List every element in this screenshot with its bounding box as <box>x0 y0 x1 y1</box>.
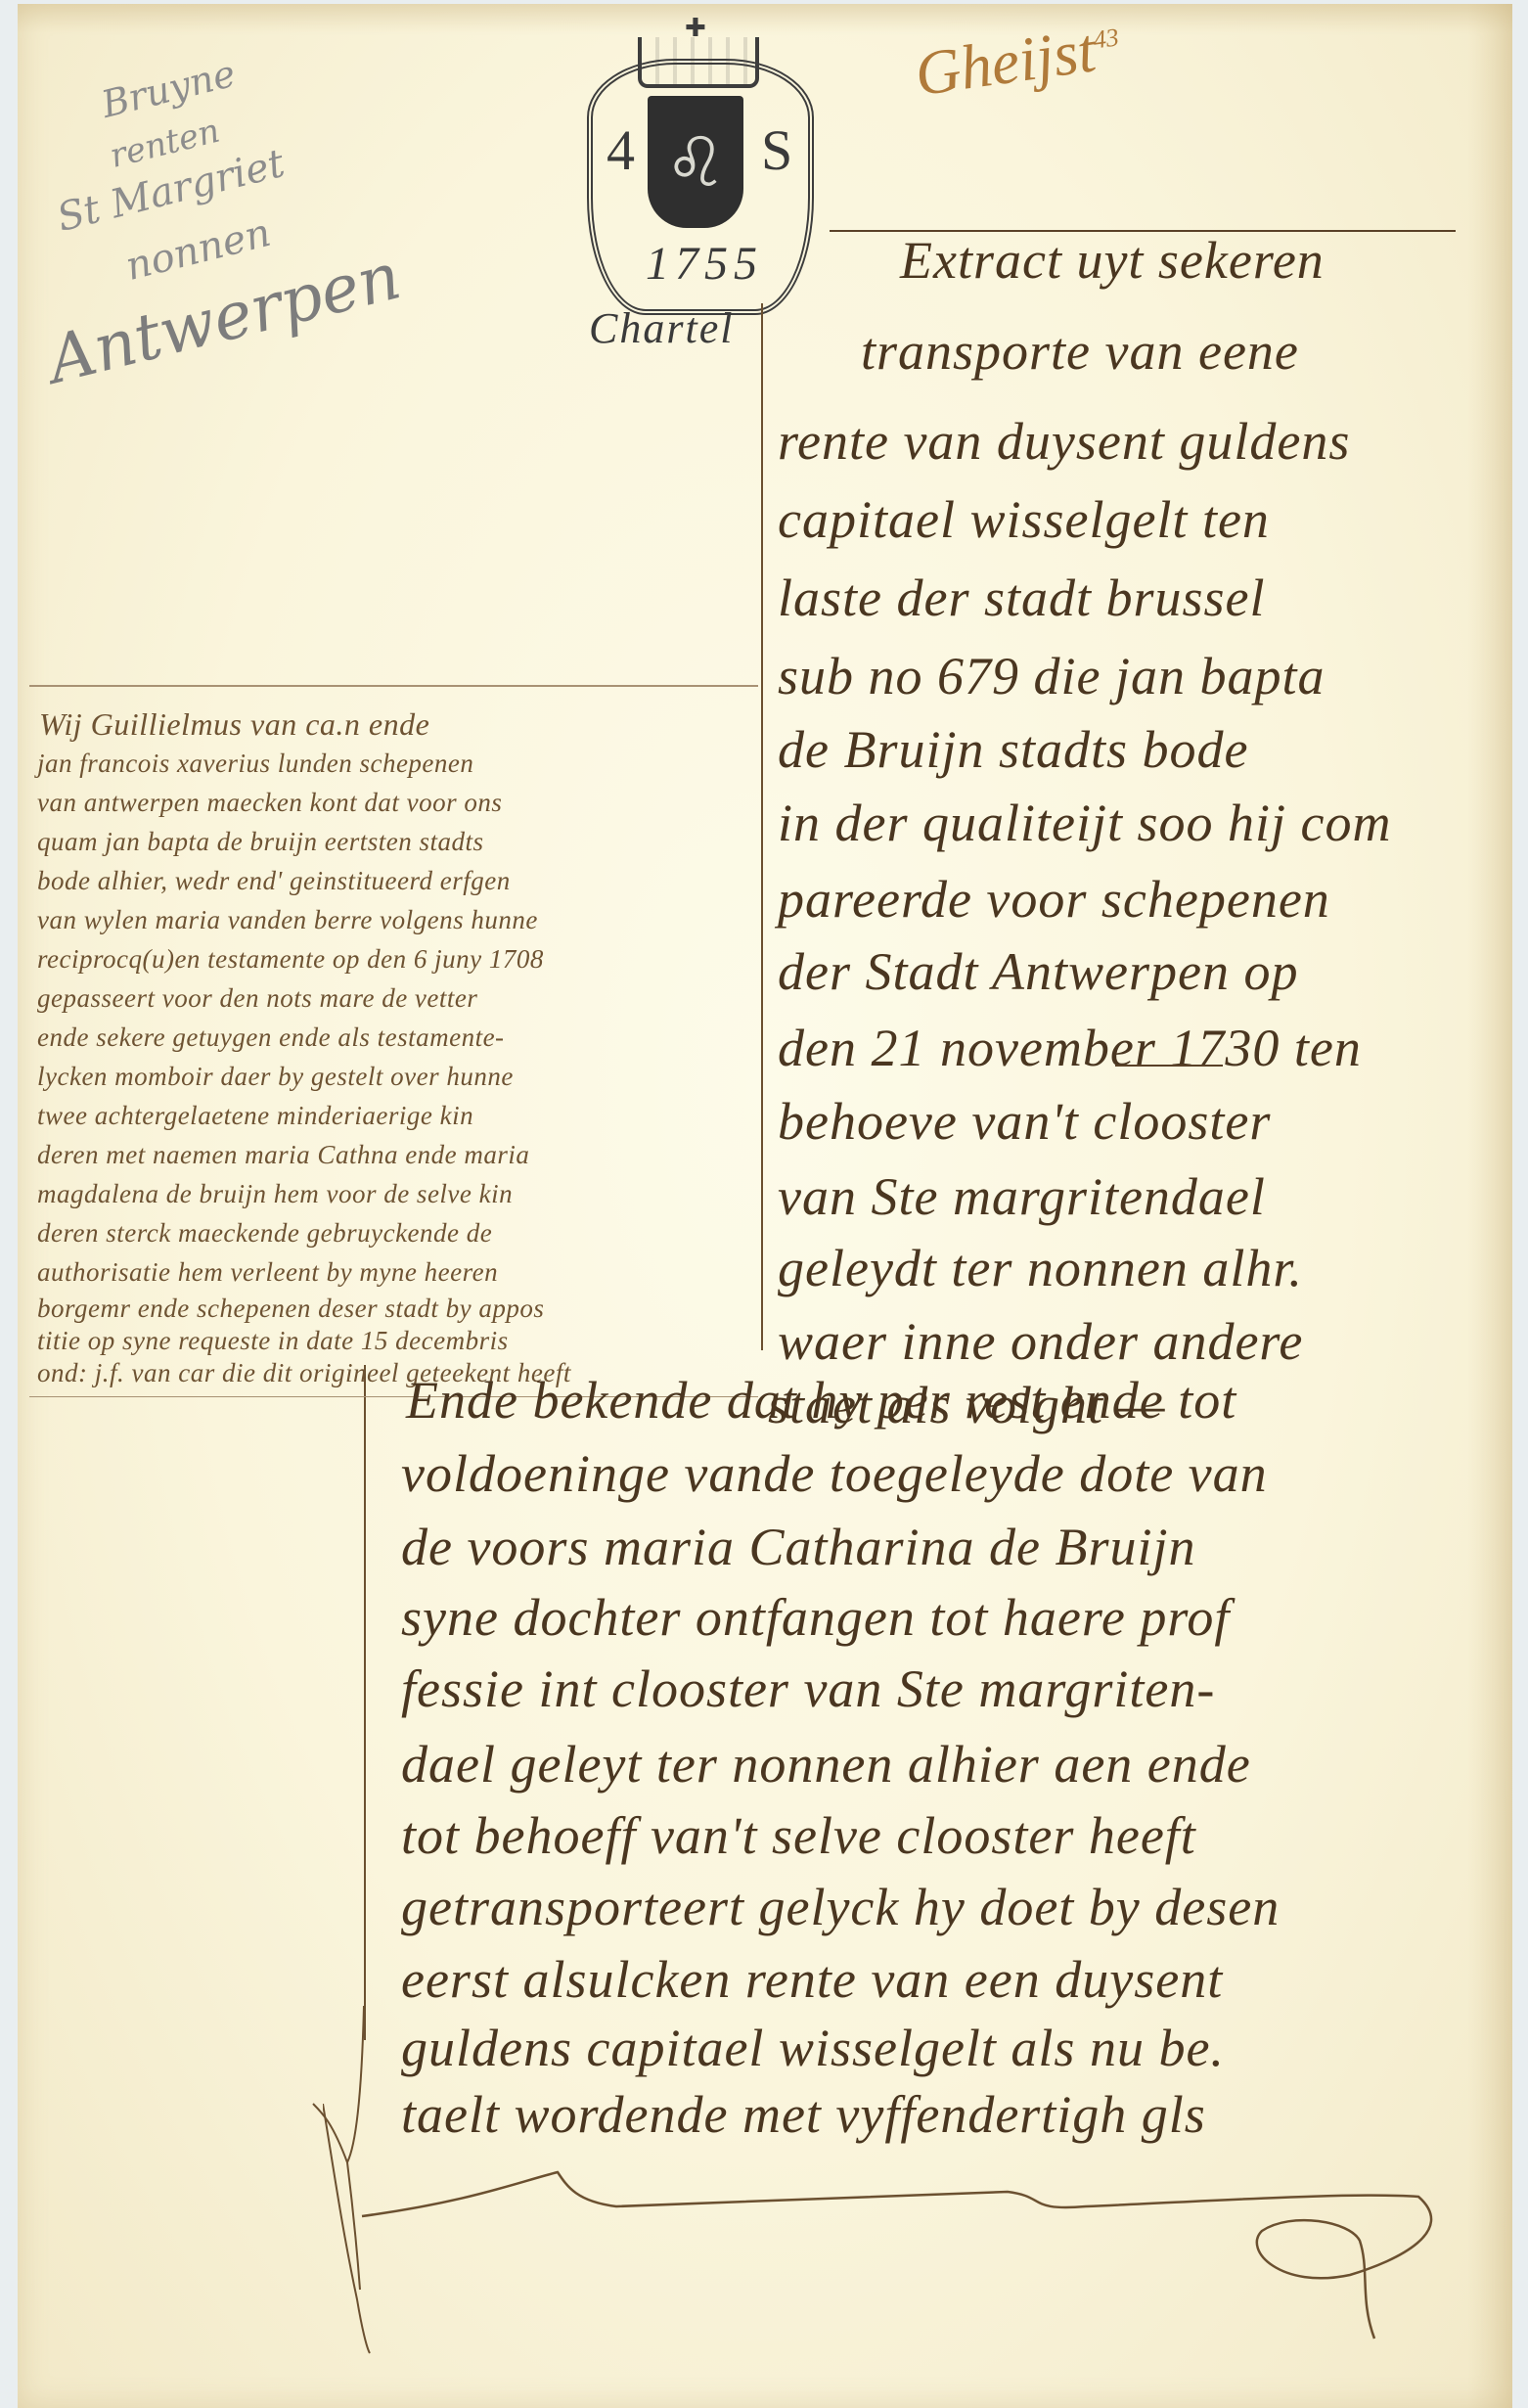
margin-line: quam jan bapta de bruijn eertsten stadts <box>37 827 483 857</box>
margin-line: deren met naemen maria Cathna ende maria <box>37 1140 529 1170</box>
lower-line: guldens capitael wisselgelt als nu be. <box>401 2018 1225 2078</box>
main-line: de Bruijn stadts bode <box>778 719 1248 780</box>
main-line: der Stadt Antwerpen op <box>778 941 1298 1002</box>
crown-icon <box>638 37 759 88</box>
lower-line: fessie int clooster van Ste margriten- <box>401 1658 1215 1719</box>
lower-line: getransporteert gelyck hy doet by desen <box>401 1877 1280 1937</box>
lower-line: syne dochter ontfangen tot haere prof <box>401 1587 1230 1648</box>
main-line: den 21 november 1730 ten <box>778 1018 1362 1078</box>
margin-line: lycken momboir daer by gestelt over hunn… <box>37 1062 514 1092</box>
margin-line: jan francois xaverius lunden schepenen <box>37 749 473 779</box>
stamp-letter: S <box>761 117 792 183</box>
margin-line: van wylen maria vanden berre volgens hun… <box>37 905 538 935</box>
date-underline <box>1115 1065 1223 1067</box>
margin-line: ende sekere getuygen ende als testamente… <box>37 1022 505 1053</box>
main-line: laste der stadt brussel <box>778 568 1266 628</box>
main-line: geleydt ter nonnen alhr. <box>778 1238 1303 1298</box>
margin-line: borgemr ende schepenen deser stadt by ap… <box>37 1294 544 1324</box>
lion-shield-icon: ♌ <box>648 96 743 228</box>
margin-line: authorisatie hem verleent by myne heeren <box>37 1257 498 1288</box>
lower-bracket-rule <box>364 1365 366 2040</box>
main-line: sub no 679 die jan bapta <box>778 646 1326 706</box>
tax-stamp: ✚ 4 ♌ S 1755 Chartel <box>577 10 812 362</box>
margin-line: deren sterck maeckende gebruyckende de <box>37 1218 492 1249</box>
margin-line: titie op syne requeste in date 15 decemb… <box>37 1326 509 1356</box>
main-line: capitael wisselgelt ten <box>778 489 1270 550</box>
margin-line: magdalena de bruijn hem voor de selve ki… <box>37 1179 513 1209</box>
lower-line: Ende bekende dat hy per rest ende tot <box>406 1370 1236 1431</box>
closing-flourish-icon <box>323 2104 1516 2358</box>
margin-line: gepasseert voor den nots mare de vetter <box>37 983 477 1014</box>
lower-line: eerst alsulcken rente van een duysent <box>401 1949 1223 2010</box>
annotation-superscript: 43 <box>1092 23 1121 54</box>
margin-line: twee achtergelaetene minderiaerige kin <box>37 1101 473 1131</box>
margin-line: bode alhier, wedr end' geinstitueerd erf… <box>37 866 511 896</box>
margin-line: van antwerpen maecken kont dat voor ons <box>37 788 502 818</box>
lower-line: dael geleyt ter nonnen alhier aen ende <box>401 1734 1251 1795</box>
lower-line: tot behoeff van't selve clooster heeft <box>401 1805 1196 1866</box>
bracket-tail-icon <box>293 2006 411 2299</box>
main-line: transporte van eene <box>861 321 1299 382</box>
stamp-year: 1755 <box>646 237 763 291</box>
margin-line: Wij Guillielmus van ca.n ende <box>39 706 429 743</box>
main-line: rente van duysent guldens <box>778 411 1350 472</box>
margin-line: reciprocq(u)en testamente op den 6 juny … <box>37 944 544 975</box>
stamp-numeral: 4 <box>607 117 635 183</box>
main-line: van Ste margritendael <box>778 1166 1266 1227</box>
main-line: pareerde voor schepenen <box>778 869 1330 930</box>
lower-line: de voors maria Catharina de Bruijn <box>401 1517 1196 1577</box>
main-line: waer inne onder andere <box>778 1311 1303 1372</box>
main-line: behoeve van't clooster <box>778 1091 1271 1152</box>
column-divider-rule <box>761 303 763 1350</box>
main-line: Extract uyt sekeren <box>900 230 1325 291</box>
lower-line: voldoeninge vande toegeleyde dote van <box>401 1443 1268 1504</box>
stamp-label: Chartel <box>589 303 734 353</box>
main-line: in der qualiteijt soo hij com <box>778 793 1391 853</box>
